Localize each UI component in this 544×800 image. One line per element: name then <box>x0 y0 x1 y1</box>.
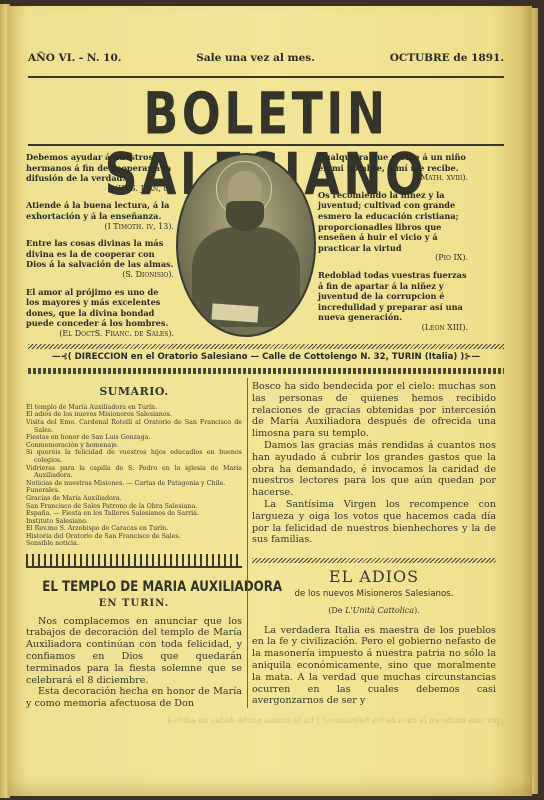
quote-text: Atiende á la buena lectura, á la exhorta… <box>26 200 174 221</box>
quote: Redoblad todas vuestras fuerzas á fin de… <box>318 270 468 334</box>
quote-source: (Pio IX). <box>318 253 468 264</box>
quote-text: Redoblad todas vuestras fuerzas á fin de… <box>318 270 468 323</box>
sumario-item: San Francisco de Sales Patrono de la Obr… <box>26 503 242 511</box>
sumario-item: Instituto Salesiano. <box>26 518 242 526</box>
quote-text: Entre las cosas divinas la más divina es… <box>26 238 174 270</box>
quote: Atiende á la buena lectura, á la exhorta… <box>26 200 174 232</box>
sumario-item: Vidrieras para la capilla de S. Pedro en… <box>26 465 242 480</box>
source-prefix: (De <box>328 606 345 615</box>
sumario-item: Fiestas en honor de San Luis Gonzaga. <box>26 434 242 442</box>
quote-text: El amor al prójimo es uno de los mayores… <box>26 287 174 329</box>
quotes-right: Cualquiera que recibe á un niño en mi no… <box>318 152 468 340</box>
sumario-item: El templo de María Auxiliadora en Turín. <box>26 404 242 412</box>
section-wavy-rule <box>252 558 496 563</box>
article-paragraph: La Santísima Virgen los recompence con l… <box>252 499 496 546</box>
title-bottom-rule <box>28 144 504 146</box>
sumario-item: El Rev.mo S. Arzobispo de Caracas en Tur… <box>26 525 242 533</box>
sumario-item: Historia del Oratorio de San Francisco d… <box>26 533 242 541</box>
article-paragraph: Esta decoración hecha en honor de María … <box>26 686 242 710</box>
portrait-beard <box>226 201 264 231</box>
ornamental-rule-top <box>28 344 504 349</box>
quote-text: Os recomiendo la ñinez y la juventud; cu… <box>318 190 468 254</box>
address-banner: —⊰( DIRECCION en el Oratorio Salesiano —… <box>28 352 504 362</box>
sumario-item: Funerales. <box>26 487 242 495</box>
quotes-left: Debemos ayudar á nuestros hermanos á fin… <box>26 152 174 346</box>
sumario-item: Conmemoración y homenaje. <box>26 442 242 450</box>
sumario-item: Sensible noticia. <box>26 540 242 548</box>
frequency-note: Sale una vez al mes. <box>196 52 315 64</box>
quote: El amor al prójimo es uno de los mayores… <box>26 287 174 340</box>
article-paragraph: La verdadera Italia es maestra de los pu… <box>252 625 496 708</box>
quote: Cualquiera que recibe á un niño en mi no… <box>318 152 468 184</box>
page-right-edge <box>532 8 538 794</box>
masthead-line: AÑO VI. - N. 10. Sale una vez al mes. OC… <box>28 52 504 64</box>
quote-source: (El DoctS. Franc. de Sales). <box>26 329 174 340</box>
quote-source: (I Timoth. iv, 13). <box>26 222 174 233</box>
ornamental-rule-bottom <box>28 368 504 374</box>
issue-date: OCTUBRE de 1891. <box>390 52 504 64</box>
quote-text: Debemos ayudar á nuestros hermanos á fin… <box>26 152 174 184</box>
article-subtitle: de los nuevos Misioneros Salesianos. <box>252 589 496 601</box>
sumario-item: El adiós de los nuevos Misioneros Salesi… <box>26 411 242 419</box>
quote-text: Cualquiera que recibe á un niño en mi no… <box>318 152 468 173</box>
quote-source: (Leon XIII). <box>318 323 468 334</box>
sumario-item: Visita del Emo. Cardenal Rotelli al Orat… <box>26 419 242 434</box>
article-paragraph: Nos complacemos en anunciar que los trab… <box>26 616 242 687</box>
quote: Os recomiendo la ñinez y la juventud; cu… <box>318 190 468 264</box>
article-subtitle: EN TURIN. <box>26 598 242 610</box>
sumario-item: Gracias de María Auxiliadora. <box>26 495 242 503</box>
article-paragraph: Bosco ha sido bendecida por el cielo: mu… <box>252 381 496 440</box>
article-paragraph: Damos las gracias más rendidas á cuantos… <box>252 440 496 499</box>
portrait-book <box>211 303 258 322</box>
source-name: L'Unità Cattolica <box>345 606 414 615</box>
sumario-item: España. — Fiesta en los Talleres Salesia… <box>26 510 242 518</box>
quote-source: (S. Dionisio). <box>26 270 174 281</box>
bleedthrough-text: ¿por una noche en la casa de los Salesia… <box>34 716 504 725</box>
sumario-item: Noticias de nuestras Misiones. — Cartas … <box>26 480 242 488</box>
sumario-list: El templo de María Auxiliadora en Turín.… <box>26 404 242 548</box>
saint-portrait-image <box>176 153 316 337</box>
sumario-item: Si queréis la felicidad de vuestros hijo… <box>26 449 242 464</box>
left-column: SUMARIO. El templo de María Auxiliadora … <box>26 380 242 710</box>
issue-number: AÑO VI. - N. 10. <box>28 52 121 64</box>
right-column: Bosco ha sido bendecida por el cielo: mu… <box>252 381 496 707</box>
title-top-rule <box>28 76 504 78</box>
quote: Entre las cosas divinas la más divina es… <box>26 238 174 280</box>
sumario-heading: SUMARIO. <box>26 386 242 398</box>
candle-ornament-rule <box>26 554 242 568</box>
column-divider <box>247 378 248 708</box>
quote-source: (III S. Juan, 8). <box>26 184 174 195</box>
article-title: EL TEMPLO DE MARIA AUXILIADORA <box>42 582 226 594</box>
article-source: (De L'Unità Cattolica). <box>252 605 496 617</box>
quote: Debemos ayudar á nuestros hermanos á fin… <box>26 152 174 194</box>
article-title: EL ADIOS <box>252 571 496 583</box>
quote-source: (Math. xviii). <box>318 173 468 184</box>
source-suffix: ). <box>414 606 420 615</box>
